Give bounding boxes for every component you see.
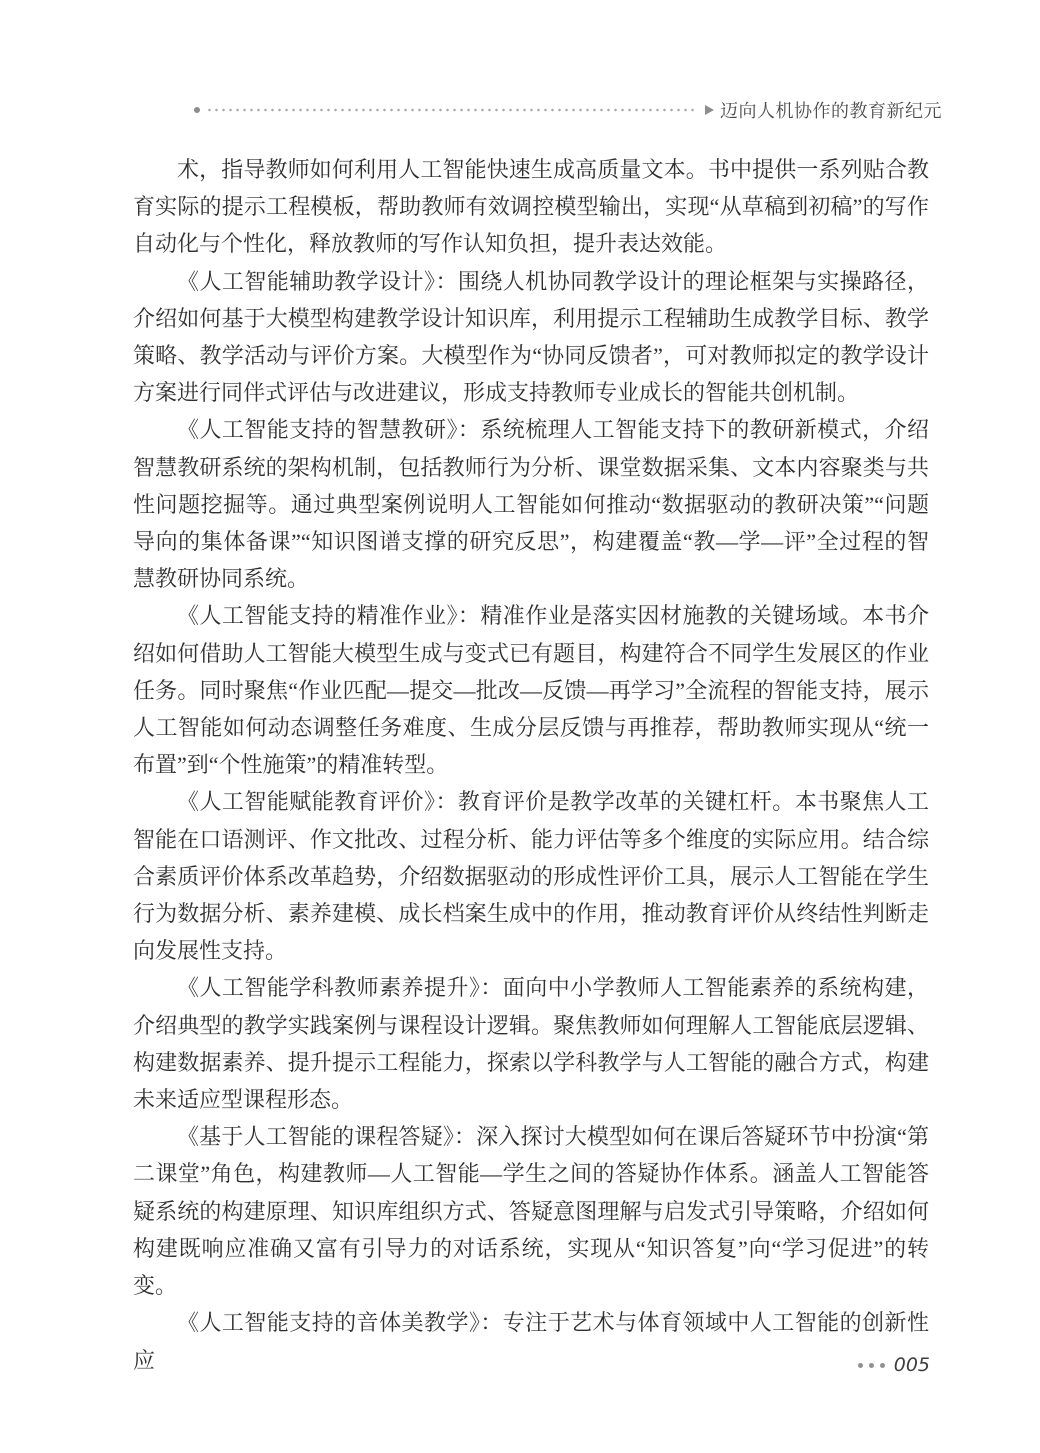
running-head: 迈向人机协作的教育新纪元 xyxy=(194,98,930,122)
paragraph: 术，指导教师如何利用人工智能快速生成高质量文本。书中提供一系列贴合教育实际的提示… xyxy=(133,151,929,263)
running-head-title: 迈向人机协作的教育新纪元 xyxy=(720,97,942,123)
page-number: 005 xyxy=(894,1354,930,1376)
page-number-dots-icon xyxy=(858,1363,885,1368)
paragraph: 《人工智能赋能教育评价》：教育评价是教学改革的关键杠杆。本书聚焦人工智能在口语测… xyxy=(133,783,929,969)
body-text: 术，指导教师如何利用人工智能快速生成高质量文本。书中提供一系列贴合教育实际的提示… xyxy=(133,151,929,1379)
arrow-right-icon xyxy=(705,105,714,115)
paragraph: 《人工智能支持的音体美教学》：专注于艺术与体育领域中人工智能的创新性应 xyxy=(133,1304,929,1378)
page-footer: 005 xyxy=(858,1355,930,1375)
paragraph: 《人工智能支持的精准作业》：精准作业是落实因材施教的关键场域。本书介绍如何借助人… xyxy=(133,597,929,783)
leader-dot-icon xyxy=(194,107,200,113)
book-page: 迈向人机协作的教育新纪元 术，指导教师如何利用人工智能快速生成高质量文本。书中提… xyxy=(0,0,1040,1453)
paragraph: 《人工智能支持的智慧教研》：系统梳理人工智能支持下的教研新模式，介绍智慧教研系统… xyxy=(133,411,929,597)
paragraph: 《基于人工智能的课程答疑》：深入探讨大模型如何在课后答疑环节中扮演“第二课堂”角… xyxy=(133,1118,929,1304)
dotted-leader-line xyxy=(206,107,696,113)
paragraph: 《人工智能辅助教学设计》：围绕人机协同教学设计的理论框架与实操路径，介绍如何基于… xyxy=(133,263,929,412)
paragraph: 《人工智能学科教师素养提升》：面向中小学教师人工智能素养的系统构建，介绍典型的教… xyxy=(133,969,929,1118)
